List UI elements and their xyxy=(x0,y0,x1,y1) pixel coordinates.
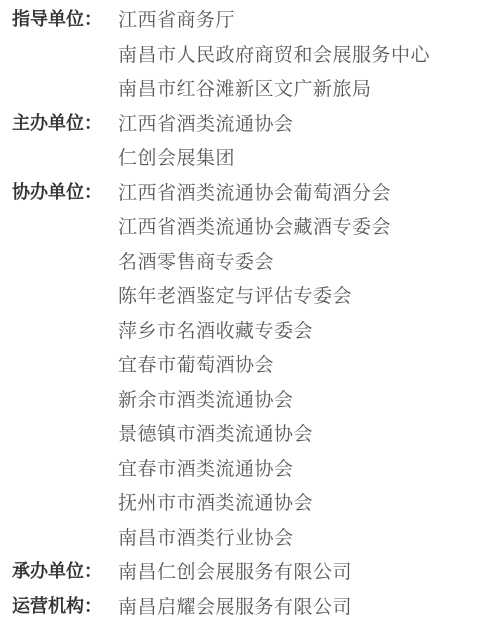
org-values-operator: 南昌启耀会展服务有限公司 xyxy=(117,590,352,625)
org-values-guidance: 江西省商务厅 南昌市人民政府商贸和会展服务中心 南昌市红谷滩新区文广新旅局 xyxy=(117,3,430,107)
org-value: 江西省酒类流通协会葡萄酒分会 xyxy=(118,176,391,211)
org-label-operator: 运营机构： xyxy=(0,590,117,625)
org-group-host: 主办单位： 江西省酒类流通协会 仁创会展集团 xyxy=(0,107,482,176)
org-group-guidance: 指导单位： 江西省商务厅 南昌市人民政府商贸和会展服务中心 南昌市红谷滩新区文广… xyxy=(0,3,482,107)
organizer-list: 指导单位： 江西省商务厅 南昌市人民政府商贸和会展服务中心 南昌市红谷滩新区文广… xyxy=(0,0,482,624)
org-value: 抚州市市酒类流通协会 xyxy=(118,486,391,521)
org-value: 南昌启耀会展服务有限公司 xyxy=(118,590,352,625)
org-label-undertaker: 承办单位： xyxy=(0,555,117,590)
org-value: 南昌市红谷滩新区文广新旅局 xyxy=(118,72,430,107)
org-value: 南昌市酒类行业协会 xyxy=(118,521,391,556)
org-value: 景德镇市酒类流通协会 xyxy=(118,417,391,452)
org-value: 江西省酒类流通协会 xyxy=(118,107,294,142)
org-value: 南昌仁创会展服务有限公司 xyxy=(118,555,352,590)
org-values-undertaker: 南昌仁创会展服务有限公司 xyxy=(117,555,352,590)
org-label-host: 主办单位： xyxy=(0,107,117,142)
org-label-co-organizer: 协办单位： xyxy=(0,176,117,211)
org-values-co-organizer: 江西省酒类流通协会葡萄酒分会 江西省酒类流通协会藏酒专委会 名酒零售商专委会 陈… xyxy=(117,176,391,556)
org-group-operator: 运营机构： 南昌启耀会展服务有限公司 xyxy=(0,590,482,625)
org-value: 江西省酒类流通协会藏酒专委会 xyxy=(118,210,391,245)
org-values-host: 江西省酒类流通协会 仁创会展集团 xyxy=(117,107,294,176)
org-value: 陈年老酒鉴定与评估专委会 xyxy=(118,279,391,314)
org-label-guidance: 指导单位： xyxy=(0,3,117,38)
org-value: 名酒零售商专委会 xyxy=(118,245,391,280)
org-value: 江西省商务厅 xyxy=(118,3,430,38)
org-value: 宜春市葡萄酒协会 xyxy=(118,348,391,383)
org-value: 仁创会展集团 xyxy=(118,141,294,176)
org-value: 南昌市人民政府商贸和会展服务中心 xyxy=(118,38,430,73)
org-group-co-organizer: 协办单位： 江西省酒类流通协会葡萄酒分会 江西省酒类流通协会藏酒专委会 名酒零售… xyxy=(0,176,482,556)
org-group-undertaker: 承办单位： 南昌仁创会展服务有限公司 xyxy=(0,555,482,590)
org-value: 宜春市酒类流通协会 xyxy=(118,452,391,487)
org-value: 萍乡市名酒收藏专委会 xyxy=(118,314,391,349)
org-value: 新余市酒类流通协会 xyxy=(118,383,391,418)
